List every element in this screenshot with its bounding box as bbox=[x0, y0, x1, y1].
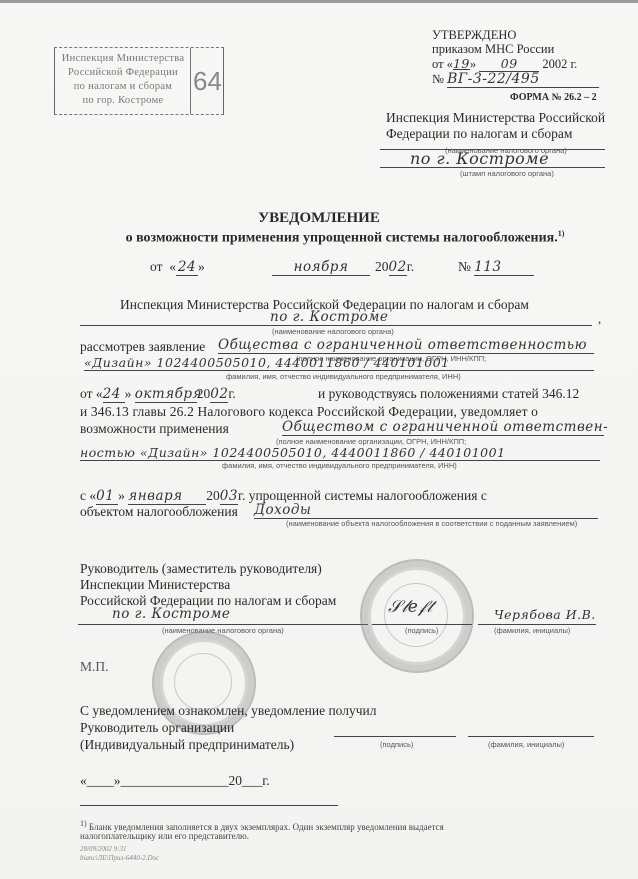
approval-order: приказом МНС России bbox=[432, 42, 554, 57]
caption-authority-stamp: (штамп налогового органа) bbox=[460, 169, 554, 178]
signer-name-hand: Черябова И.В. bbox=[494, 607, 596, 622]
notice-month: ноября bbox=[272, 259, 370, 276]
divider bbox=[380, 167, 605, 168]
law-text: и 346.13 главы 26.2 Налогового кодекса Р… bbox=[80, 404, 538, 420]
file-meta-path: bianc\ЛЕ\Прил-6440-2.Doc bbox=[80, 854, 159, 862]
stamp-text: Инспекция Министерства Российской Федера… bbox=[57, 52, 189, 108]
inspection-stamp: Инспекция Министерства Российской Федера… bbox=[54, 47, 224, 115]
stamp-line: Российской Федерации bbox=[57, 66, 189, 80]
caption-receipt-sign: (подпись) bbox=[380, 740, 413, 749]
caption-org-2: фамилия, имя, отчество индивидуального п… bbox=[226, 372, 461, 381]
object-label: объектом налогообложения bbox=[80, 504, 238, 520]
signer-role-2: Инспекции Министерства bbox=[80, 577, 230, 593]
footnote-line-2: налогоплательщику или его представителю. bbox=[80, 831, 249, 841]
signature-scribble: 𝒮𝓁𝑒𝒻𝓉 bbox=[388, 597, 433, 617]
signer-authority-hand: по г. Костроме bbox=[112, 606, 230, 622]
receipt-line-2: Руководитель организации bbox=[80, 720, 234, 736]
approval-number: № ВГ-3-22/495 bbox=[432, 71, 599, 88]
receipt-sign-line bbox=[334, 736, 456, 737]
object-hand: Доходы bbox=[254, 502, 598, 519]
caption-receipt-name: (фамилия, инициалы) bbox=[488, 740, 564, 749]
authority-header-line1: Инспекция Министерства Российской bbox=[386, 110, 605, 126]
receipt-name-line bbox=[468, 736, 594, 737]
stamp-line: по гор. Костроме bbox=[57, 94, 189, 108]
org-hand-3: Обществом с ограниченной ответствен- bbox=[282, 419, 604, 436]
approval-title: УТВЕРЖДЕНО bbox=[432, 28, 516, 43]
possibility-label: возможности применения bbox=[80, 421, 229, 437]
receipt-date-line: «____»________________20___г. bbox=[80, 773, 270, 789]
form-number: ФОРМА № 26.2 – 2 bbox=[510, 92, 597, 103]
application-date: от «24» октября2002г. bbox=[80, 386, 236, 403]
caption-object: (наименование объекта налогообложения в … bbox=[286, 519, 577, 528]
document-title: УВЕДОМЛЕНИЕ bbox=[0, 210, 638, 227]
signer-role-1: Руководитель (заместитель руководителя) bbox=[80, 561, 322, 577]
org-hand-4: ностью «Дизайн» 1024400505010, 444001186… bbox=[80, 445, 600, 461]
divider bbox=[478, 624, 596, 625]
org-hand-1: Общества с ограниченной ответственностью bbox=[218, 337, 594, 354]
approval-number-value: ВГ-3-22/495 bbox=[447, 71, 599, 88]
caption-org-4: фамилия, имя, отчество индивидуального п… bbox=[222, 461, 457, 470]
considered-label: рассмотрев заявление bbox=[80, 339, 205, 355]
notice-year: 2002г. bbox=[375, 259, 414, 275]
approval-month: 09 bbox=[479, 56, 539, 72]
caption-signer-name: (фамилия, инициалы) bbox=[494, 626, 570, 635]
divider bbox=[80, 325, 592, 326]
file-meta-date: 28/09/2002 9:31 bbox=[80, 845, 126, 853]
guided-text: и руководствуясь положениями статей 346.… bbox=[318, 386, 579, 402]
document-page: Инспекция Министерства Российской Федера… bbox=[0, 0, 638, 879]
document-subtitle: о возможности применения упрощенной сист… bbox=[0, 229, 638, 247]
receipt-line-1: С уведомлением ознакомлен, уведомление п… bbox=[80, 703, 377, 719]
notice-number: № 113 bbox=[458, 259, 534, 276]
receipt-line-3: (Индивидуальный предприниматель) bbox=[80, 737, 294, 753]
mp-label: М.П. bbox=[80, 659, 109, 675]
approval-date: от «19» 09 2002 г. bbox=[432, 56, 577, 72]
caption-signature: (подпись) bbox=[405, 626, 438, 635]
approval-day: 19 bbox=[453, 56, 470, 71]
org-hand-2: «Дизайн» 1024400505010, 4440011860 / 440… bbox=[84, 355, 594, 371]
notice-date: от «24» bbox=[150, 259, 205, 276]
footnote-divider bbox=[80, 805, 338, 806]
stamp-line: Инспекция Министерства bbox=[57, 52, 189, 66]
authority-handwritten: по г. Костроме bbox=[410, 149, 549, 168]
stamp-number: 64 bbox=[190, 48, 224, 114]
authority-header-line2: Федерации по налогам и сборам bbox=[386, 126, 572, 142]
stamp-line: по налогам и сборам bbox=[57, 80, 189, 94]
divider bbox=[78, 624, 368, 625]
body-authority-hand: по г. Костроме bbox=[270, 309, 388, 325]
divider bbox=[372, 624, 472, 625]
notice-day: 24 bbox=[176, 259, 198, 276]
caption-authority: (наименование налогового органа) bbox=[272, 327, 394, 336]
